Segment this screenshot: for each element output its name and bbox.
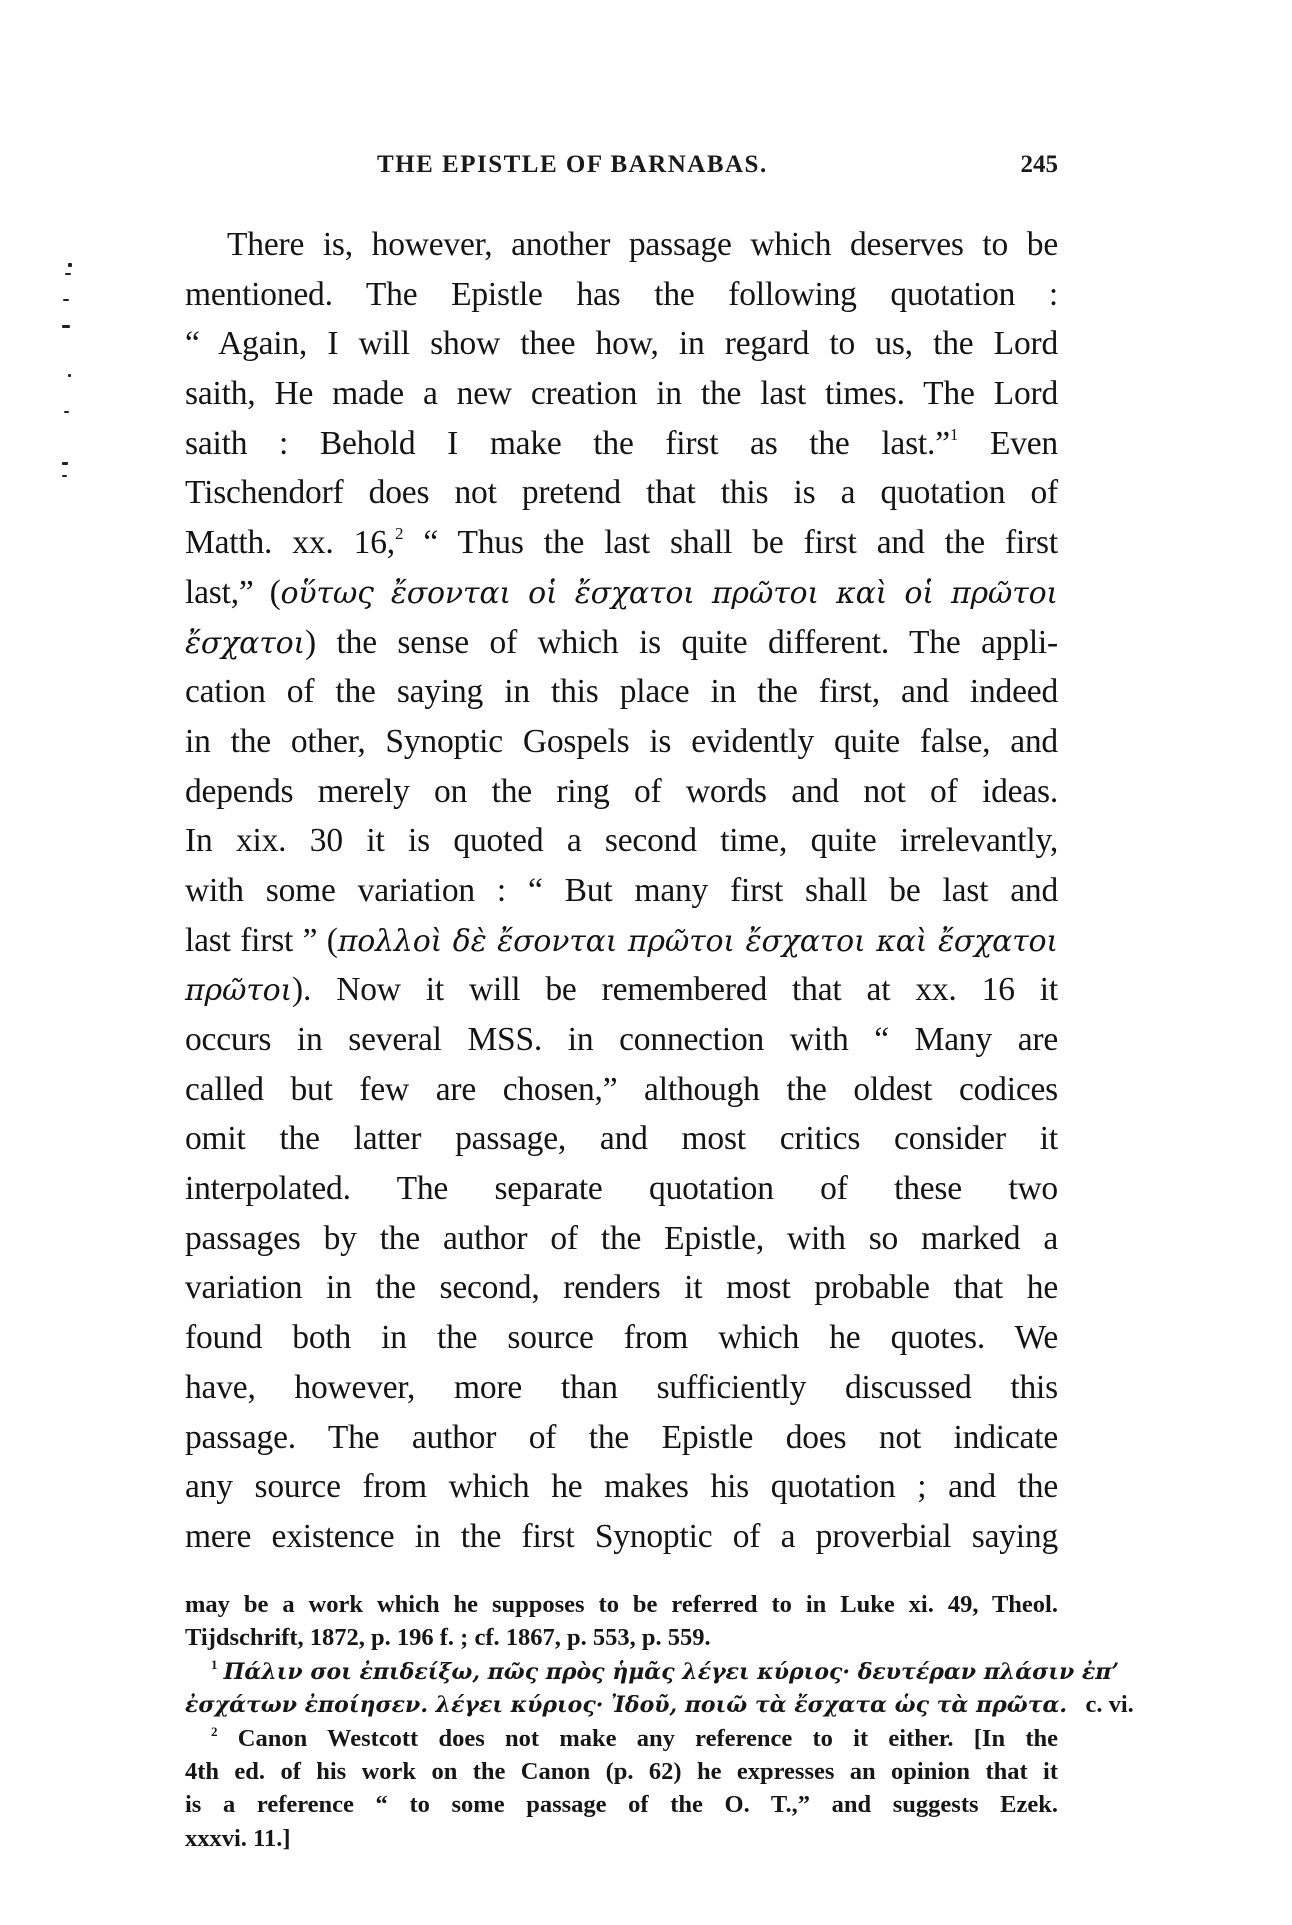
footnote-2-text: Canon Westcott does not make any referen… (238, 1725, 1058, 1752)
body-line: Matth. xx. 16,2 “ Thus the last shall be… (185, 518, 1058, 568)
body-line: ἔσχατοι) the sense of which is quite dif… (185, 618, 1058, 668)
footnote-2-line: 4th ed. of his work on the Canon (p. 62)… (185, 1755, 1058, 1788)
greek-quotation: ἔσχατοι (185, 626, 305, 661)
body-line: occurs in several MSS. in connection wit… (185, 1015, 1058, 1065)
body-line: with some variation : “ But many first s… (185, 866, 1058, 916)
footnote-1-greek: ἐσχάτων ἐποίησεν. λέγει κύριος· Ἰδοῦ, πο… (185, 1692, 1067, 1718)
footnotes: may be a work which he supposes to be re… (185, 1588, 1058, 1855)
body-line: saith : Behold I make the first as the l… (185, 419, 1058, 469)
body-line: cation of the saying in this place in th… (185, 667, 1058, 717)
body-line: πρῶτοι). Now it will be remembered that … (185, 965, 1058, 1015)
body-line: in the other, Synoptic Gospels is eviden… (185, 717, 1058, 767)
footnote-2-line: is a reference “ to some passage of the … (185, 1788, 1058, 1821)
body-line-text: last first ” ( (185, 922, 338, 959)
body-line-text: Matth. xx. 16, (185, 524, 395, 561)
body-line: passages by the author of the Epistle, w… (185, 1214, 1058, 1264)
body-line: interpolated. The separate quotation of … (185, 1164, 1058, 1214)
body-text: There is, however, another passage which… (185, 220, 1058, 1562)
body-line: called but few are chosen,” although the… (185, 1065, 1058, 1115)
body-line: In xix. 30 it is quoted a second time, q… (185, 816, 1058, 866)
running-title: THE EPISTLE OF BARNABAS. (377, 150, 768, 180)
footnote-2-marker: 2 (211, 1724, 218, 1739)
footnote-1-greek: Πάλιν σοι ἐπιδείξω, πῶς πρὸς ἡμᾶς λέγει … (224, 1659, 1119, 1685)
margin-speck (63, 299, 69, 301)
body-line-text: ) the sense of which is quite different.… (305, 624, 1058, 661)
greek-quotation: πολλοὶ δὲ ἔσονται πρῶτοι ἔσχατοι καὶ ἔσχ… (338, 924, 1058, 959)
footnote-2: 2 Canon Westcott does not make any refer… (185, 1722, 1058, 1755)
margin-speck (68, 263, 72, 267)
body-line: found both in the source from which he q… (185, 1313, 1058, 1363)
body-line: depends merely on the ring of words and … (185, 767, 1058, 817)
book-page: THE EPISTLE OF BARNABAS. 245 There is, h… (0, 0, 1292, 1925)
body-line-text: Even (990, 425, 1058, 462)
margin-speck (62, 462, 68, 465)
footnote-ref-2[interactable]: 2 (395, 524, 403, 543)
footnote-2-line: xxxvi. 11.] (185, 1822, 1058, 1855)
body-line: variation in the second, renders it most… (185, 1263, 1058, 1313)
body-line-text: saith : Behold I make the first as the l… (185, 425, 950, 462)
body-line: passage. The author of the Epistle does … (185, 1413, 1058, 1463)
page-number: 245 (1021, 150, 1059, 180)
greek-quotation: οὕτως ἔσονται οἱ ἔσχατοι πρῶτοι καὶ οἱ π… (281, 576, 1058, 611)
body-line: have, however, more than sufficiently di… (185, 1363, 1058, 1413)
body-line: last first ” (πολλοὶ δὲ ἔσονται πρῶτοι ἔ… (185, 916, 1058, 966)
body-line: omit the latter passage, and most critic… (185, 1114, 1058, 1164)
footnote-1: 1 Πάλιν σοι ἐπιδείξω, πῶς πρὸς ἡμᾶς λέγε… (185, 1655, 1058, 1688)
body-line-text: last,” ( (185, 574, 281, 611)
body-line: mentioned. The Epistle has the following… (185, 270, 1058, 320)
margin-speck (65, 273, 71, 275)
body-line: Tischendorf does not pretend that this i… (185, 468, 1058, 518)
body-line: “ Again, I will show thee how, in regard… (185, 319, 1058, 369)
body-line: last,” (οὕτως ἔσονται οἱ ἔσχατοι πρῶτοι … (185, 568, 1058, 618)
body-line-text: ). Now it will be remembered that at xx.… (292, 971, 1058, 1008)
body-line: any source from which he makes his quota… (185, 1462, 1058, 1512)
footnote-1-cont: ἐσχάτων ἐποίησεν. λέγει κύριος· Ἰδοῦ, πο… (185, 1688, 1058, 1721)
body-line: saith, He made a new creation in the las… (185, 369, 1058, 419)
running-head: THE EPISTLE OF BARNABAS. 245 (377, 150, 1058, 180)
body-line: mere existence in the first Synoptic of … (185, 1512, 1058, 1562)
body-line-text: “ Thus the last shall be first and the f… (423, 524, 1058, 561)
margin-speck (62, 475, 67, 477)
footnote-continued-line: may be a work which he supposes to be re… (185, 1588, 1058, 1621)
footnote-1-marker: 1 (211, 1657, 218, 1672)
footnote-ref-1[interactable]: 1 (950, 425, 958, 444)
margin-speck (68, 374, 71, 377)
margin-speck (62, 325, 70, 328)
greek-quotation: πρῶτοι (185, 973, 292, 1008)
margin-speck (64, 411, 69, 413)
footnote-1-ref: c. vi. (1085, 1691, 1133, 1718)
footnote-continued-line: Tijdschrift, 1872, p. 196 f. ; cf. 1867,… (185, 1621, 1058, 1654)
body-line: There is, however, another passage which… (185, 220, 1058, 270)
